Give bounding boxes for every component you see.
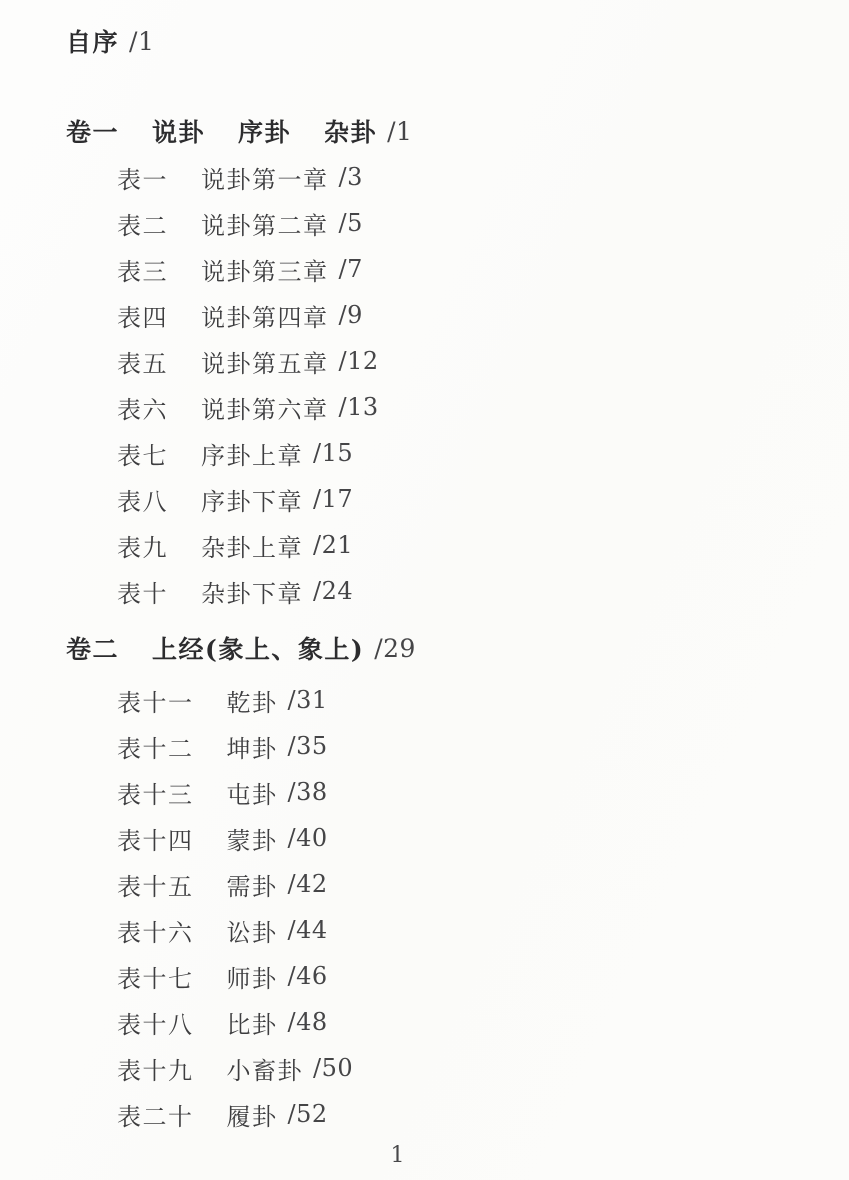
entry-page-ref: /21 [313, 531, 353, 559]
toc-entry: 表十一 乾卦 /31 [117, 677, 849, 723]
entry-page-ref: /24 [313, 577, 353, 605]
entry-number: 表十四 [117, 821, 194, 856]
entry-page-ref: /15 [313, 439, 353, 467]
table-of-contents-page: 自序 /1 卷一 说卦 序卦 杂卦 /1 表一 说卦第一章 /3 表二 说卦第二… [0, 0, 849, 1173]
toc-entry: 表二 说卦第二章 /5 [117, 200, 849, 246]
entry-title: 杂卦上章 [201, 528, 303, 563]
entry-page-ref: /35 [288, 732, 328, 760]
entry-number: 表一 [117, 160, 168, 195]
entry-number: 表二 [117, 206, 168, 241]
entry-page-ref: /9 [339, 301, 363, 329]
entry-page-ref: /46 [288, 962, 328, 990]
entries-volume-1: 表一 说卦第一章 /3 表二 说卦第二章 /5 表三 说卦第三章 /7 表四 说… [66, 154, 849, 614]
section-heading-volume-2: 卷二 上经(彖上、象上) /29 [66, 625, 849, 671]
toc-entry: 表五 说卦第五章 /12 [117, 338, 849, 384]
section-title-part: 杂卦 [324, 113, 377, 149]
entry-page-ref: /50 [313, 1054, 353, 1082]
section-page-ref: /1 [387, 117, 412, 146]
toc-entry: 表十九 小畜卦 /50 [117, 1045, 849, 1091]
entry-number: 表二十 [117, 1097, 194, 1132]
entry-title: 杂卦下章 [201, 574, 303, 609]
entry-title: 屯卦 [227, 775, 278, 810]
entry-title: 说卦第四章 [201, 298, 329, 333]
page-footer: 1 [0, 1137, 849, 1173]
section-heading-volume-1: 卷一 说卦 序卦 杂卦 /1 [66, 108, 849, 154]
preface-row: 自序 /1 [66, 18, 849, 64]
entry-title: 比卦 [227, 1005, 278, 1040]
entry-number: 表六 [117, 390, 168, 425]
entry-number: 表十一 [117, 683, 194, 718]
toc-entry: 表六 说卦第六章 /13 [117, 384, 849, 430]
entry-title: 蒙卦 [227, 821, 278, 856]
toc-entry: 表四 说卦第四章 /9 [117, 292, 849, 338]
entry-title: 说卦第二章 [201, 206, 329, 241]
entry-page-ref: /42 [288, 870, 328, 898]
entry-number: 表十五 [117, 867, 194, 902]
section-title-part: 说卦 [152, 113, 205, 149]
entry-page-ref: /12 [339, 347, 379, 375]
section-title-part: 上经(彖上、象上) [152, 630, 364, 666]
entry-page-ref: /38 [288, 778, 328, 806]
entry-title: 序卦上章 [201, 436, 303, 471]
section-number: 卷一 [66, 113, 119, 149]
section-number: 卷二 [66, 630, 119, 666]
preface-page-ref: /1 [129, 27, 154, 56]
entry-title: 师卦 [227, 959, 278, 994]
entry-page-ref: /17 [313, 485, 353, 513]
entry-page-ref: /13 [339, 393, 379, 421]
entry-page-ref: /40 [288, 824, 328, 852]
entry-page-ref: /48 [288, 1008, 328, 1036]
entry-title: 小畜卦 [227, 1051, 304, 1086]
entry-number: 表十二 [117, 729, 194, 764]
entry-page-ref: /52 [288, 1100, 328, 1128]
toc-entry: 表八 序卦下章 /17 [117, 476, 849, 522]
entry-number: 表十九 [117, 1051, 194, 1086]
entry-title: 履卦 [227, 1097, 278, 1132]
entry-page-ref: /7 [339, 255, 363, 283]
entry-title: 序卦下章 [201, 482, 303, 517]
toc-entry: 表三 说卦第三章 /7 [117, 246, 849, 292]
entry-number: 表十七 [117, 959, 194, 994]
toc-entry: 表十四 蒙卦 /40 [117, 815, 849, 861]
entry-title: 说卦第六章 [201, 390, 329, 425]
entry-number: 表五 [117, 344, 168, 379]
toc-entry: 表二十 履卦 /52 [117, 1091, 849, 1137]
entry-number: 表十六 [117, 913, 194, 948]
toc-entry: 表十六 讼卦 /44 [117, 907, 849, 953]
entry-title: 需卦 [227, 867, 278, 902]
toc-entry: 表十八 比卦 /48 [117, 999, 849, 1045]
entry-number: 表四 [117, 298, 168, 333]
toc-entry: 表九 杂卦上章 /21 [117, 522, 849, 568]
entry-title: 说卦第三章 [201, 252, 329, 287]
toc-entry: 表七 序卦上章 /15 [117, 430, 849, 476]
entry-title: 坤卦 [227, 729, 278, 764]
toc-entry: 表十二 坤卦 /35 [117, 723, 849, 769]
entries-volume-2: 表十一 乾卦 /31 表十二 坤卦 /35 表十三 屯卦 /38 表十四 蒙卦 … [66, 677, 849, 1137]
entry-number: 表十八 [117, 1005, 194, 1040]
entry-number: 表九 [117, 528, 168, 563]
entry-number: 表三 [117, 252, 168, 287]
section-title-part: 序卦 [238, 113, 291, 149]
entry-title: 讼卦 [227, 913, 278, 948]
entry-page-ref: /3 [339, 163, 363, 191]
entry-number: 表十 [117, 574, 168, 609]
entry-number: 表七 [117, 436, 168, 471]
entry-page-ref: /44 [288, 916, 328, 944]
toc-entry: 表十七 师卦 /46 [117, 953, 849, 999]
entry-number: 表八 [117, 482, 168, 517]
toc-entry: 表一 说卦第一章 /3 [117, 154, 849, 200]
toc-entry: 表十五 需卦 /42 [117, 861, 849, 907]
entry-page-ref: /5 [339, 209, 363, 237]
toc-entry: 表十 杂卦下章 /24 [117, 568, 849, 614]
toc-entry: 表十三 屯卦 /38 [117, 769, 849, 815]
entry-title: 说卦第一章 [201, 160, 329, 195]
entry-title: 乾卦 [227, 683, 278, 718]
preface-label: 自序 [66, 23, 119, 59]
section-page-ref: /29 [374, 634, 416, 663]
page-number: 1 [391, 1143, 405, 1168]
entry-title: 说卦第五章 [201, 344, 329, 379]
entry-page-ref: /31 [288, 686, 328, 714]
entry-number: 表十三 [117, 775, 194, 810]
